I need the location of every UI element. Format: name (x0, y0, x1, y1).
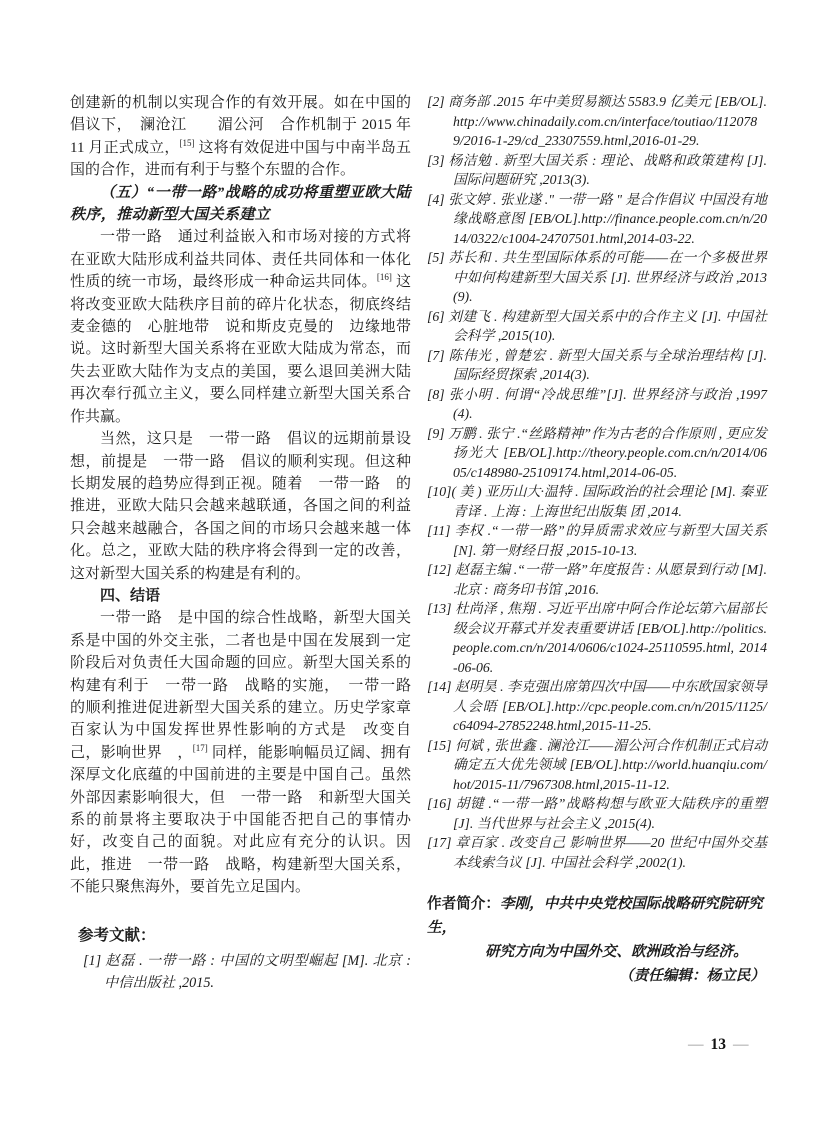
reference-item: [11] 李权 .“一带一路”的异质需求效应与新型大国关系 [N]. 第一财经日… (427, 521, 767, 560)
author-bio: 作者简介：李刚，中共中央党校国际战略研究院研究生， 研究方向为中国外交、欧洲政治… (427, 892, 767, 988)
reference-item: [15] 何斌 , 张世鑫 . 澜沧江——湄公河合作机制正式启动 确定五大优先领… (427, 736, 767, 795)
paragraph: 一带一路 是中国的综合性战略，新型大国关系是中国的外交主张，二者也是中国在发展到… (70, 607, 411, 898)
page-number: 13 (704, 1036, 734, 1053)
footer-dash-left: — (688, 1036, 704, 1053)
editor-note: （责任编辑：杨立民） (427, 964, 767, 988)
reference-item: [1] 赵磊 . 一带一路 : 中国的文明型崛起 [M]. 北京 : 中信出版社… (83, 950, 411, 994)
citation-superscript: [15] (180, 138, 195, 148)
reference-item: [2] 商务部 .2015 年中美贸易额达 5583.9 亿美元 [EB/OL]… (427, 92, 767, 151)
reference-item: [7] 陈伟光 , 曾楚宏 . 新型大国关系与全球治理结构 [J]. 国际经贸探… (427, 346, 767, 385)
author-bio-label: 作者简介： (427, 896, 500, 912)
reference-item: [9] 万鹏 . 张宁 .“丝路精神”作为古老的合作原则 , 更应发扬光大 [E… (427, 424, 767, 483)
reference-item: [16] 胡键 .“一带一路”战略构想与欧亚大陆秩序的重塑 [J]. 当代世界与… (427, 794, 767, 833)
journal-page: 创建新的机制以实现合作的有效开展。如在中国的倡议下， 澜沧江 湄公河 合作机制于… (0, 0, 833, 1123)
citation-superscript: [16] (377, 272, 392, 282)
reference-item: [4] 张文婷 . 张业遂 ." 一带一路 " 是合作倡议 中国没有地缘战略意图… (427, 190, 767, 249)
footer-dash-right: — (733, 1036, 749, 1053)
left-column: 创建新的机制以实现合作的有效开展。如在中国的倡议下， 澜沧江 湄公河 合作机制于… (70, 92, 411, 994)
reference-item: [5] 苏长和 . 共生型国际体系的可能——在一个多极世界中如何构建新型大国关系… (427, 248, 767, 307)
paragraph: 当然，这只是 一带一路 倡议的远期前景设想，前提是 一带一路 倡议的顺利实现。但… (70, 428, 411, 585)
page-footer: —13— (688, 1036, 749, 1054)
heading: 参考文献： (70, 925, 411, 947)
heading: （五）“一带一路”战略的成功将重塑亚欧大陆秩序，推动新型大国关系建立 (70, 182, 411, 227)
paragraph: 一带一路 通过利益嵌入和市场对接的方式将在亚欧大陆形成利益共同体、责任共同体和一… (70, 226, 411, 428)
reference-item: [17] 章百家 . 改变自己 影响世界——20 世纪中国外交基本线索刍议 [J… (427, 833, 767, 872)
heading: 四、结语 (70, 585, 411, 607)
paragraph: 创建新的机制以实现合作的有效开展。如在中国的倡议下， 澜沧江 湄公河 合作机制于… (70, 92, 411, 182)
references-list: [2] 商务部 .2015 年中美贸易额达 5583.9 亿美元 [EB/OL]… (427, 92, 767, 872)
author-bio-line1: 作者简介：李刚，中共中央党校国际战略研究院研究生， (427, 892, 767, 940)
reference-item: [3] 杨洁勉 . 新型大国关系 : 理论、战略和政策建构 [J]. 国际问题研… (427, 151, 767, 190)
reference-item: [6] 刘建飞 . 构建新型大国关系中的合作主义 [J]. 中国社会科学 ,20… (427, 307, 767, 346)
reference-item: [12] 赵磊主编 .“一带一路”年度报告 : 从愿景到行动 [M]. 北京 :… (427, 560, 767, 599)
author-bio-line2: 研究方向为中国外交、欧洲政治与经济。 (427, 940, 767, 964)
right-column: [2] 商务部 .2015 年中美贸易额达 5583.9 亿美元 [EB/OL]… (427, 92, 767, 988)
reference-item: [14] 赵明昊 . 李克强出席第四次中国——中东欧国家领导人会晤 [EB/OL… (427, 677, 767, 736)
citation-superscript: [17] (193, 743, 208, 753)
reference-item: [13] 杜尚泽 , 焦翔 . 习近平出席中阿合作论坛第六届部长级会议开幕式并发… (427, 599, 767, 677)
reference-item: [10]( 美 ) 亚历山大·温特 . 国际政治的社会理论 [M]. 秦亚青译 … (427, 482, 767, 521)
reference-item: [8] 张小明 . 何谓“冷战思维”[J]. 世界经济与政治 ,1997(4). (427, 385, 767, 424)
